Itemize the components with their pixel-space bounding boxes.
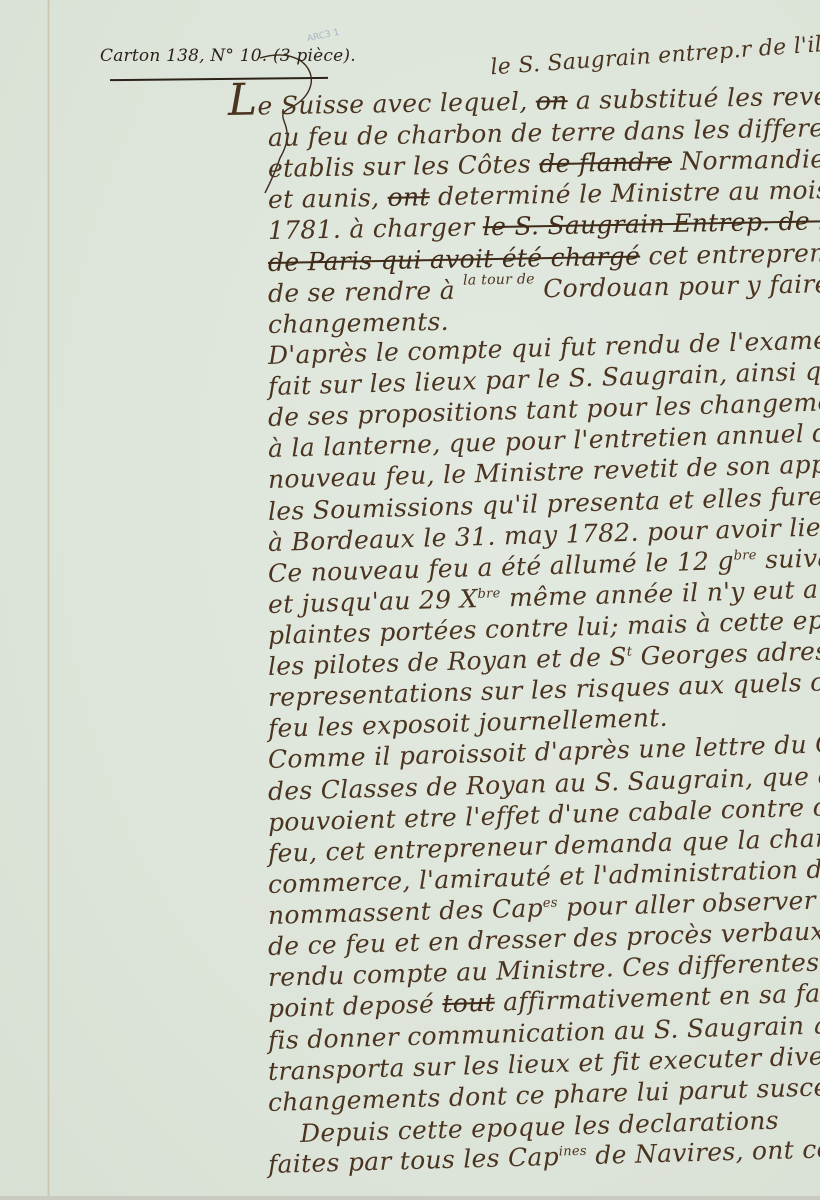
line-text: Le Suisse avec lequel,: [228, 87, 536, 121]
line-text: et jusqu'au 29 X: [268, 584, 478, 619]
initial-capital: L: [227, 74, 257, 126]
page-bottom-edge: [0, 1196, 820, 1200]
line-text: de se rendre à: [268, 275, 464, 307]
line-text: determiné le Ministre au mois de: [429, 175, 820, 212]
line-text: Cordouan pour y faire les memes: [535, 266, 820, 303]
pencil-annotation: ARC3 1: [306, 28, 340, 45]
superscript-abbrev: bre: [733, 548, 757, 564]
struck-text: on: [536, 86, 568, 116]
inserted-text: la tour de: [463, 271, 535, 288]
struck-text: de flandre: [539, 147, 672, 178]
superscript-abbrev: bre: [477, 586, 501, 602]
manuscript-page: Carton 138, N° 10. (3 pièce). ARC3 1 le …: [0, 0, 820, 1200]
line-text: g: [717, 546, 734, 575]
struck-text: tout: [442, 988, 495, 1018]
line-text: changements.: [268, 307, 449, 339]
struck-text: ont: [387, 183, 430, 213]
line-text: etablis sur les Côtes: [268, 150, 540, 184]
line-text: suivant: [757, 542, 820, 574]
line-text: cet entrepreneur: [640, 237, 820, 270]
superscript-abbrev: es: [543, 896, 558, 911]
struck-text: le S. Saugrain Entrep. de l'illuminat.: [483, 204, 820, 241]
line-text: point deposé: [268, 990, 443, 1024]
manuscript-line: changements.: [268, 307, 449, 339]
margin-heading: le S. Saugrain entrep.r de l'illum. de P…: [490, 25, 820, 81]
superscript-abbrev: ines: [559, 1144, 588, 1160]
line-text: 1781. à charger: [268, 213, 483, 246]
line-text: et aunis,: [268, 183, 388, 214]
line-text: a substitué les reverberes: [567, 80, 820, 115]
line-text: Normandie, Bretagne: [672, 142, 820, 176]
line-text: e Suisse avec lequel,: [257, 87, 536, 121]
struck-text: de Paris qui avoit été chargé: [268, 241, 641, 276]
page-fold-line: [47, 0, 50, 1200]
